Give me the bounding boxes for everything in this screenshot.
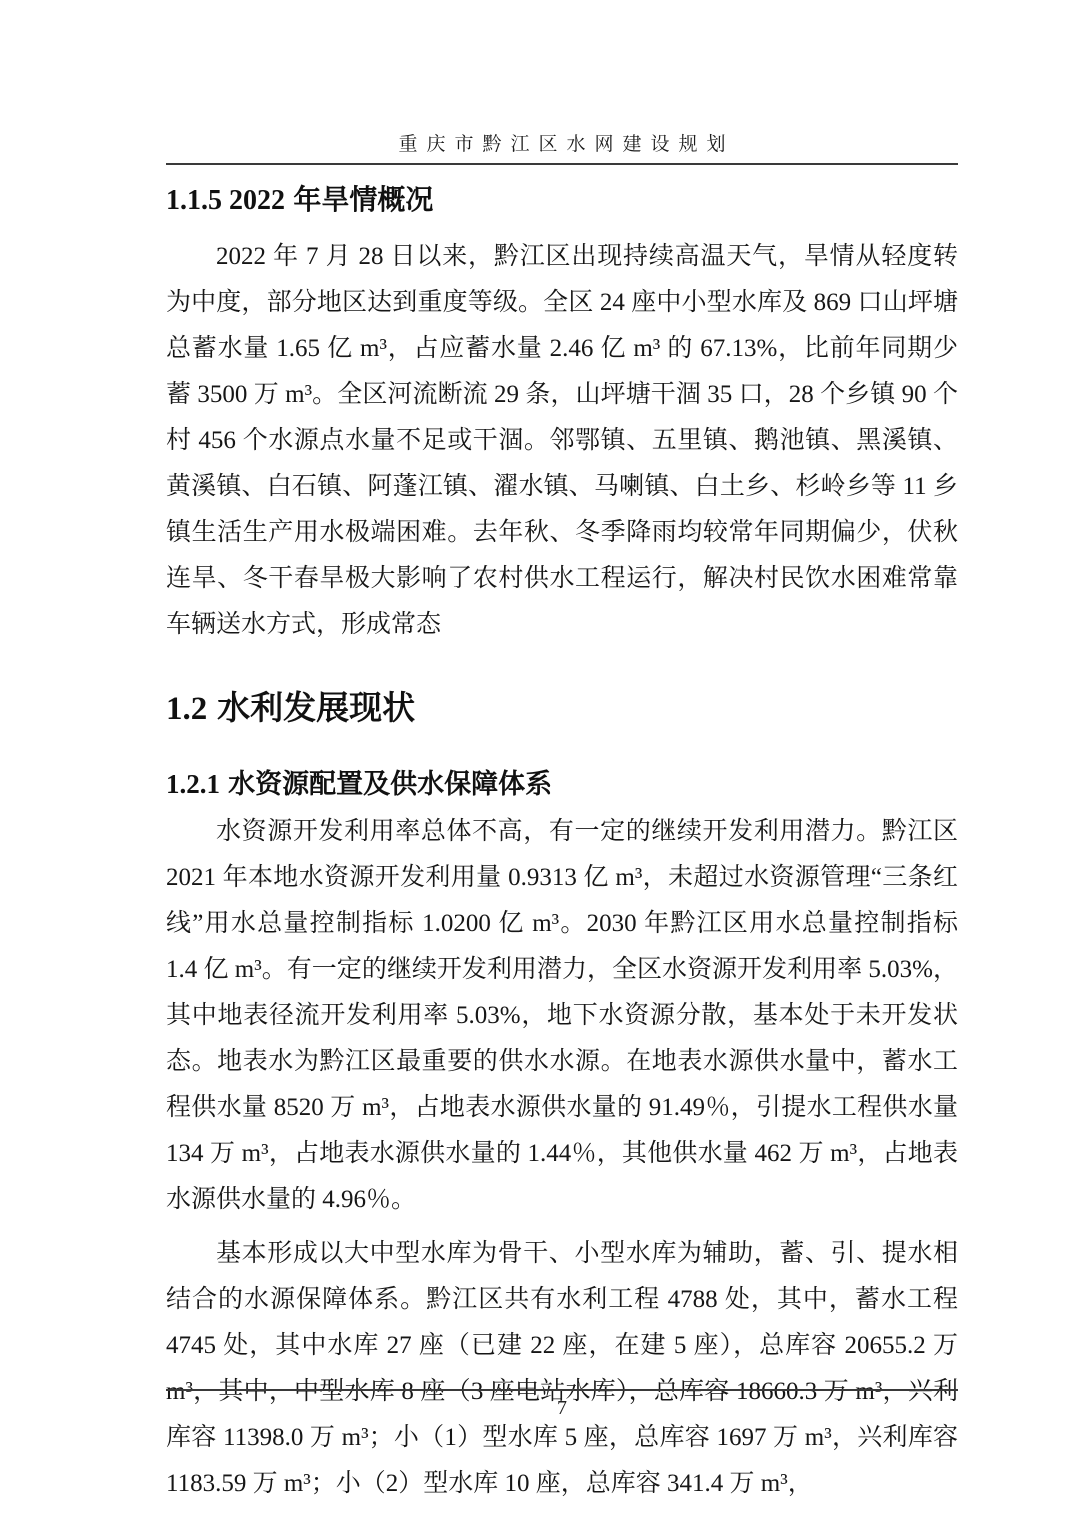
document-title: 重庆市黔江区水网建设规划: [166, 129, 958, 156]
page-number: 7: [166, 1397, 958, 1420]
document-page: 重庆市黔江区水网建设规划 1.1.5 2022年旱情概况 2022 年 7 月 …: [0, 0, 1074, 1520]
heading-1-1-5-number: 1.1.5 2022: [166, 185, 285, 216]
paragraph-reservoir-system: 基本形成以大中型水库为骨干、小型水库为辅助，蓄、引、提水相结合的水源保障体系。黔…: [166, 1231, 958, 1507]
paragraph-drought-overview: 2022 年 7 月 28 日以来，黔江区出现持续高温天气，旱情从轻度转为中度，…: [166, 234, 958, 648]
heading-1-2-title: 水利发展现状: [217, 689, 415, 726]
footer-divider: [166, 1389, 958, 1391]
page-content: 重庆市黔江区水网建设规划 1.1.5 2022年旱情概况 2022 年 7 月 …: [166, 0, 958, 1507]
paragraph-water-resource-utilization: 水资源开发利用率总体不高，有一定的继续开发利用潜力。黔江区 2021 年本地水资…: [166, 809, 958, 1223]
heading-1-1-5: 1.1.5 2022年旱情概况: [166, 180, 958, 221]
header-divider: [166, 163, 958, 165]
page-header: 重庆市黔江区水网建设规划: [166, 0, 958, 165]
page-footer: 7: [166, 1389, 958, 1420]
heading-1-2-1-title: 水资源配置及供水保障体系: [228, 769, 552, 799]
heading-1-2-1: 1.2.1水资源配置及供水保障体系: [166, 764, 958, 804]
heading-1-2-number: 1.2: [166, 691, 207, 727]
heading-1-2: 1.2水利发展现状: [166, 684, 958, 733]
heading-1-1-5-title: 年旱情概况: [293, 184, 433, 215]
heading-1-2-1-number: 1.2.1: [166, 769, 220, 799]
